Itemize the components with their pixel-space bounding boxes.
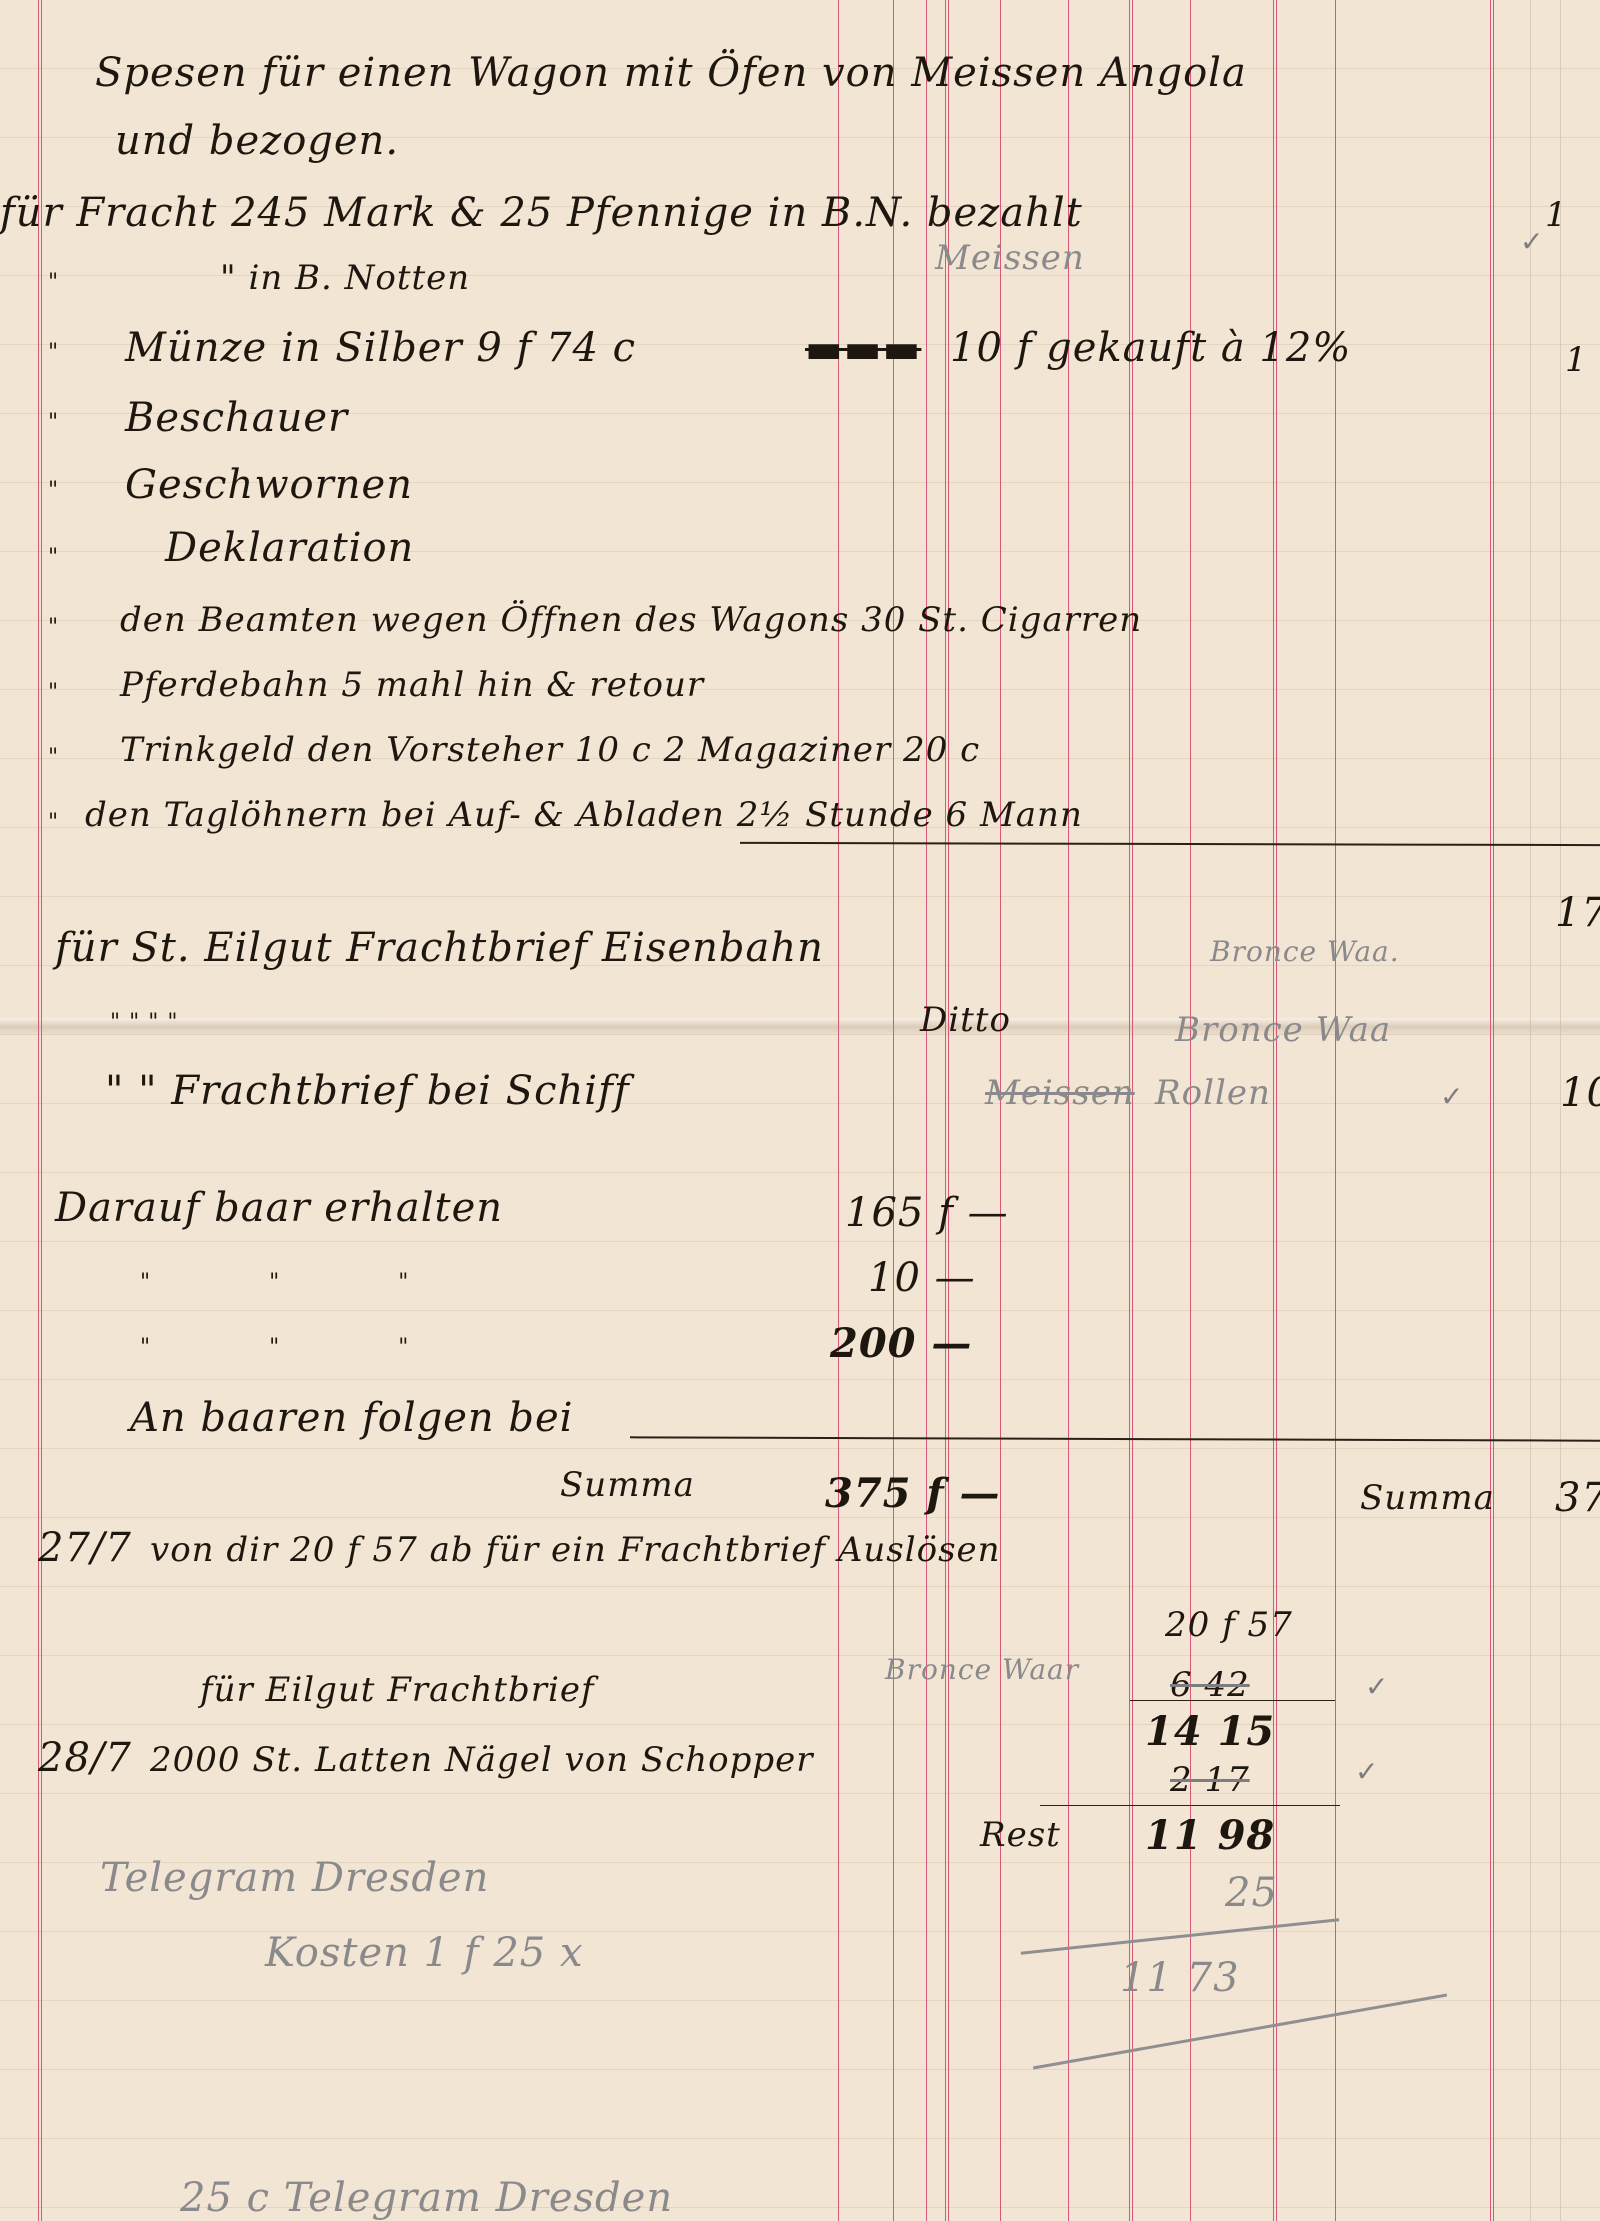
pencil-annotation-meissen: Meissen (935, 238, 1085, 278)
rest-label: Rest (980, 1815, 1061, 1855)
column-rule (945, 0, 949, 2221)
freight-line-1: für St. Eilgut Frachtbrief Eisenbahn (55, 925, 824, 971)
calc-line-2: 6 42 (1170, 1665, 1250, 1705)
freight-line-3: " " Frachtbrief bei Schiff (105, 1068, 630, 1114)
expense-line-8: Pferdebahn 5 mahl hin & retour (120, 665, 704, 705)
pencil-struck-annotation: Meissen (985, 1073, 1135, 1113)
header-line-2: und bezogen. (115, 118, 399, 164)
pencil-note-telegram-bottom: 25 c Telegram Dresden (180, 2175, 673, 2221)
pencil-note-kosten: Kosten 1 f 25 x (265, 1930, 584, 1976)
ditto-mark: " (48, 410, 59, 435)
entry-text: für Eilgut Frachtbrief (200, 1670, 595, 1710)
received-amount-2: 10 — (868, 1255, 976, 1301)
left-margin-rule (38, 0, 42, 2221)
expense-line-3: Münze in Silber 9 f 74 c (125, 325, 636, 371)
column-rule-faint (1530, 0, 1531, 2221)
column-rule (926, 0, 927, 2221)
ditto-marks: " " " (140, 1335, 409, 1360)
expense-line-4: Beschauer (125, 395, 348, 441)
received-amount-3: 200 — (830, 1320, 972, 1367)
received-line-1: Darauf baar erhalten (55, 1185, 503, 1231)
entry-text: 2000 St. Latten Nägel von Schopper (150, 1740, 813, 1780)
expense-line-10: den Taglöhnern bei Auf- & Abladen 2½ Stu… (85, 795, 1083, 835)
received-line-4: An baaren folgen bei (130, 1395, 573, 1441)
ditto-mark: " (48, 615, 59, 640)
right-margin-amount: 1 (1565, 340, 1588, 380)
expense-line-2: " in B. Notten (220, 258, 470, 298)
pencil-total: 11 73 (1120, 1955, 1240, 2001)
entry-text: von dir 20 f 57 ab für ein Frachtbrief A… (150, 1530, 1001, 1570)
pencil-note-telegram: Telegram Dresden (100, 1855, 489, 1901)
ledger-page: Spesen für einen Wagon mit Öfen von Meis… (0, 0, 1600, 2221)
expense-line-1: für Fracht 245 Mark & 25 Pfennige in B.N… (0, 190, 1083, 236)
pencil-add: 25 (1225, 1870, 1278, 1916)
summa-rule (630, 1436, 1600, 1441)
calc-line-4: 2 17 (1170, 1760, 1250, 1800)
ditto-mark: " (48, 745, 59, 770)
ditto-mark: " (48, 478, 59, 503)
check-mark-icon: ✓ (1355, 1755, 1378, 1788)
ditto-mark: " (48, 340, 59, 365)
summa-amount-right: 37 (1555, 1475, 1600, 1521)
received-amount-1: 165 f — (845, 1190, 1009, 1236)
expense-line-5: Geschwornen (125, 462, 413, 508)
expense-line-6: Deklaration (165, 525, 414, 571)
right-margin-amount: 10 (1560, 1070, 1600, 1116)
subtotal-rule (740, 842, 1600, 846)
ditto-marks: " " " (140, 1270, 409, 1295)
entry-date: 28/7 (38, 1735, 132, 1781)
header-line-1: Spesen für einen Wagon mit Öfen von Meis… (95, 50, 1247, 96)
calc-line-3: 14 15 (1145, 1708, 1275, 1755)
pencil-annotation-rollen: Rollen (1155, 1073, 1271, 1113)
ditto-mark: " (48, 545, 59, 570)
entry-date: 27/7 (38, 1525, 132, 1571)
calc-line-1: 20 f 57 (1165, 1605, 1293, 1645)
expense-line-9: Trinkgeld den Vorsteher 10 c 2 Magaziner… (120, 730, 980, 770)
summa-amount: 375 f — (825, 1470, 1001, 1517)
ditto-label: Ditto (920, 1000, 1011, 1040)
ditto-marks: " " " " (110, 1010, 178, 1035)
ditto-mark: " (48, 680, 59, 705)
struck-text: ▬▬▬ (805, 325, 921, 372)
expense-line-3-continuation: 10 f gekauft à 12% (950, 325, 1351, 371)
right-margin-amount: 17 (1555, 890, 1600, 936)
rest-amount: 11 98 (1145, 1812, 1275, 1859)
calc-rule (1040, 1805, 1340, 1806)
pencil-annotation-bronce: Bronce Waa. (1210, 935, 1400, 968)
summa-label: Summa (560, 1465, 695, 1505)
pencil-annotation-bronce-waar: Bronce Waar (885, 1653, 1079, 1686)
pencil-rule (1033, 1994, 1447, 2070)
check-mark-icon: ✓ (1520, 225, 1543, 258)
summa-label-right: Summa (1360, 1478, 1495, 1518)
calc-rule (1130, 1700, 1335, 1701)
pencil-annotation-bronce: Bronce Waa (1175, 1010, 1391, 1050)
right-margin-amount: 1 (1545, 195, 1568, 235)
check-mark-icon: ✓ (1440, 1080, 1463, 1113)
check-mark-icon: ✓ (1365, 1670, 1388, 1703)
ditto-mark: " (48, 810, 59, 835)
expense-line-7: den Beamten wegen Öffnen des Wagons 30 S… (120, 600, 1142, 640)
column-rule (1490, 0, 1494, 2221)
ditto-mark: " (48, 270, 59, 295)
